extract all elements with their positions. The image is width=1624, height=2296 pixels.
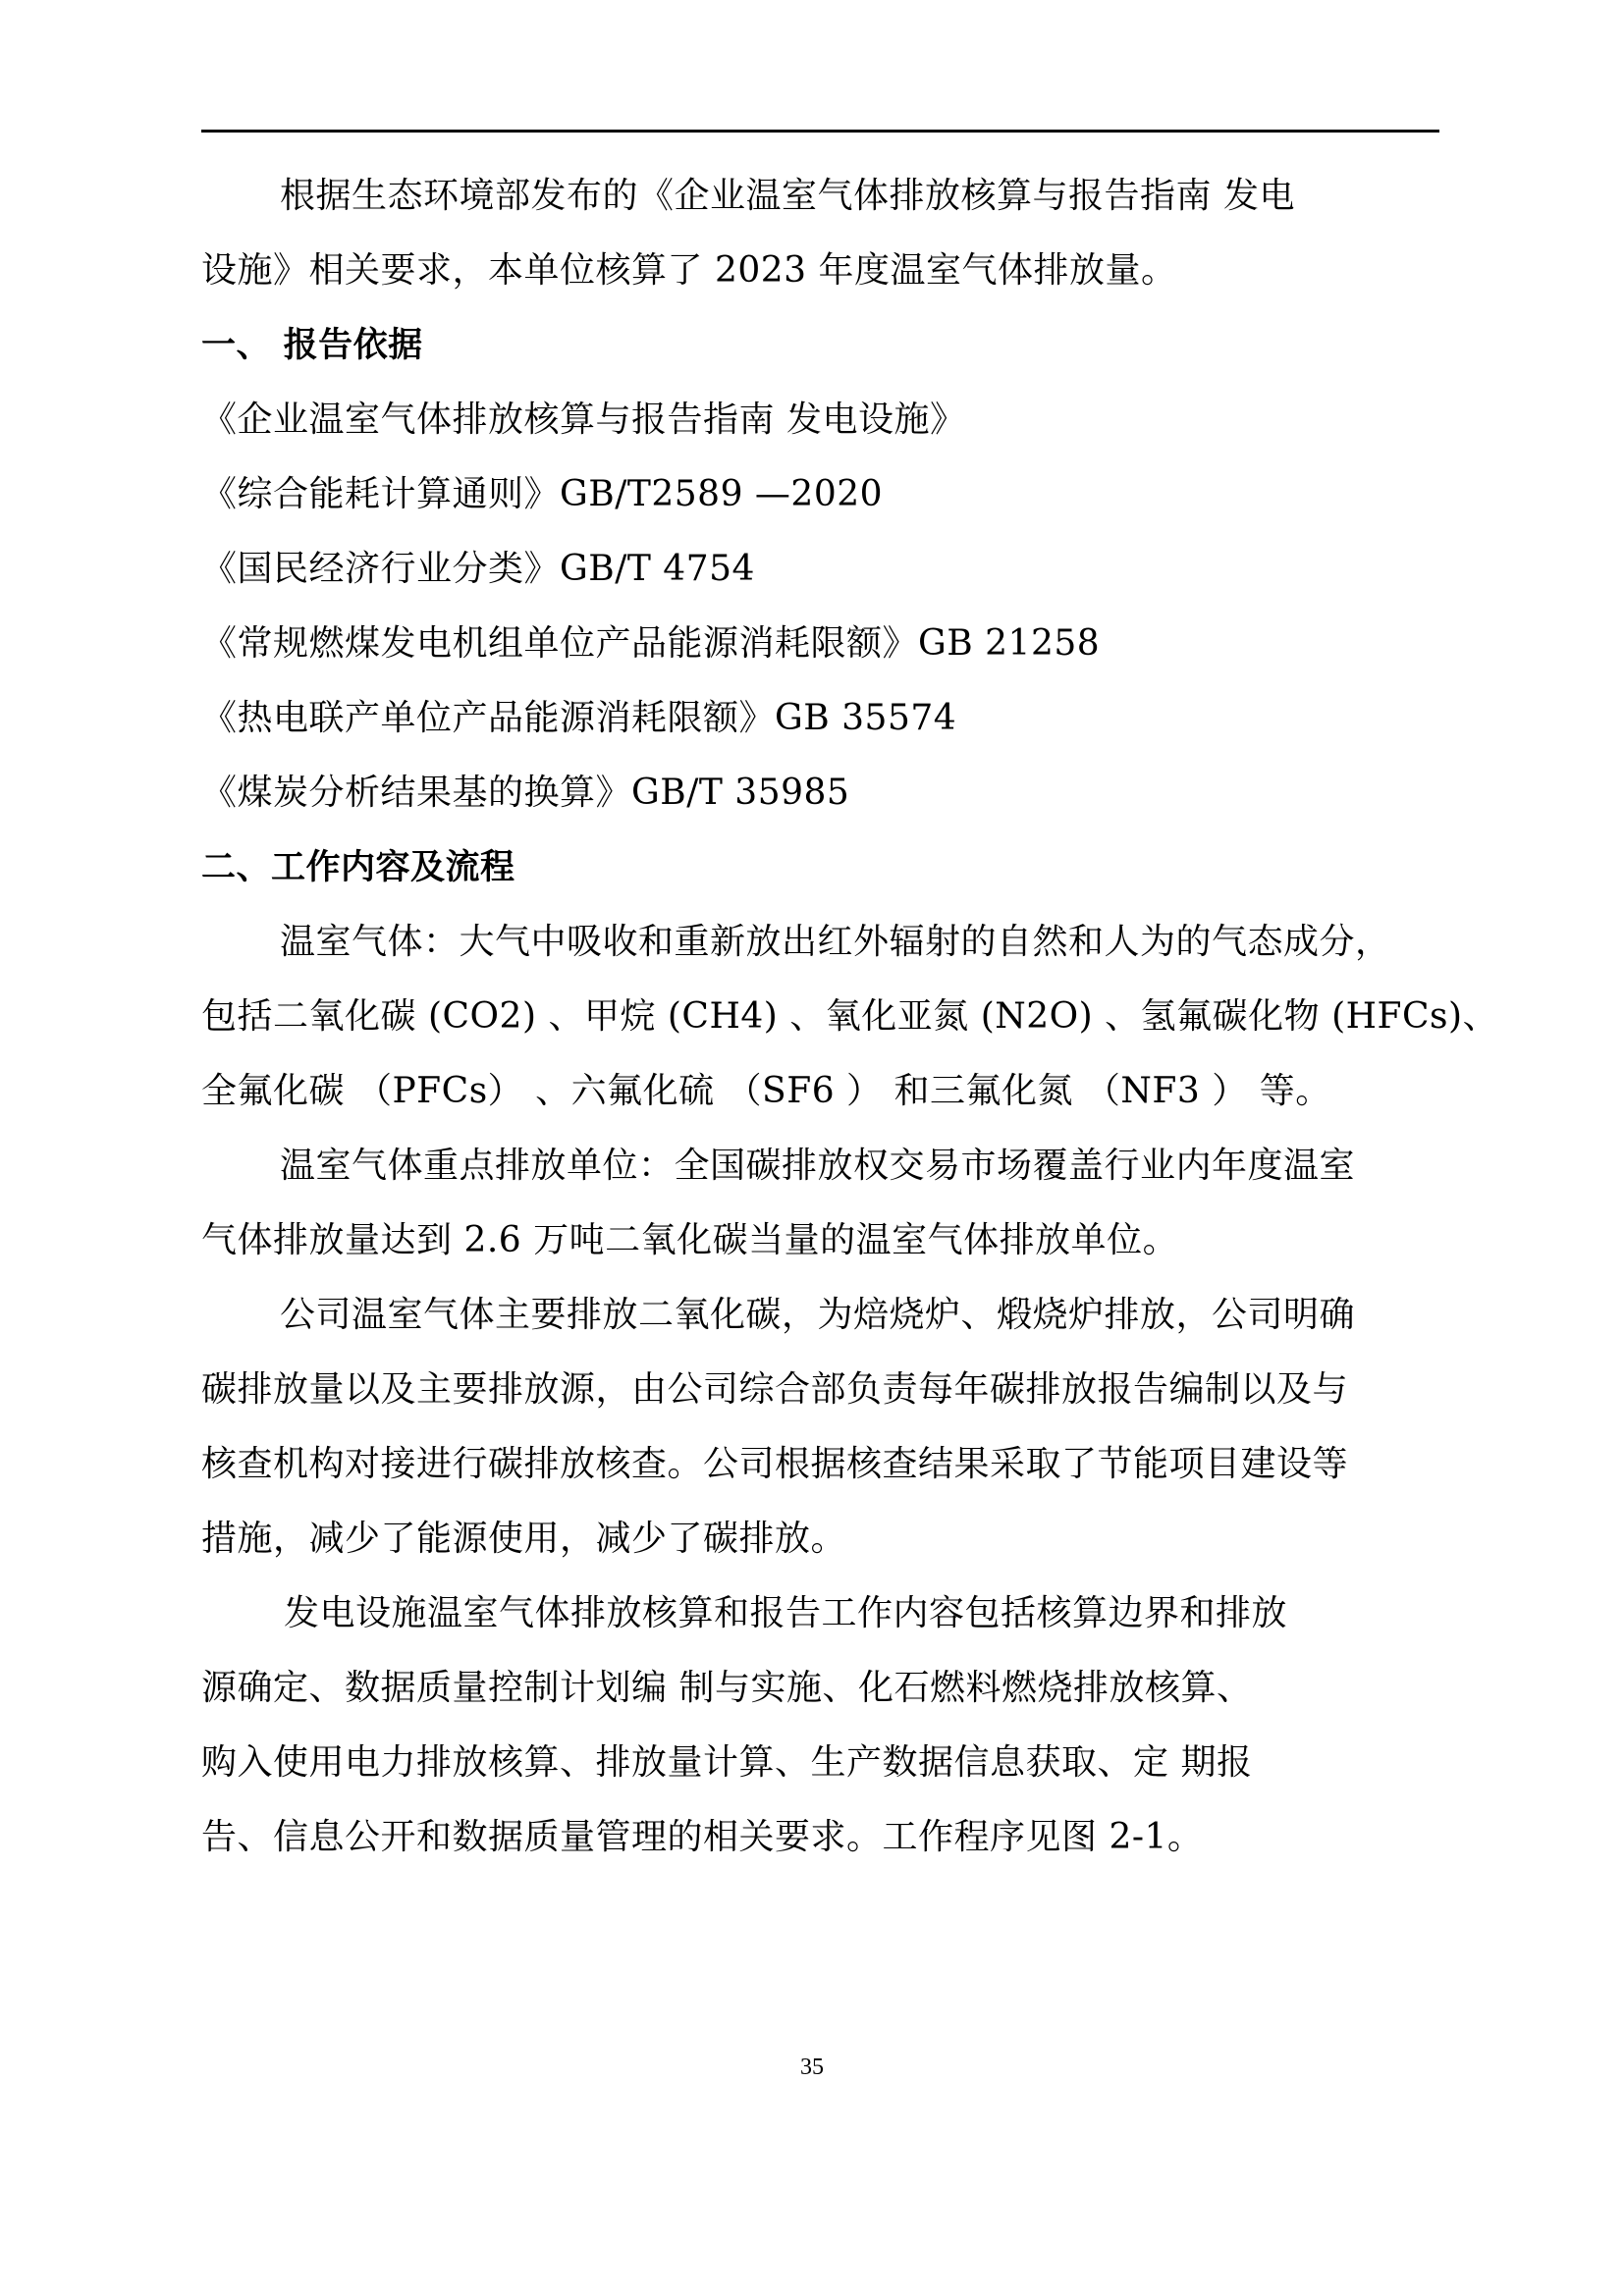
paragraph-line: 碳排放量以及主要排放源，由公司综合部负责每年碳排放报告编制以及与 xyxy=(201,1370,1348,1410)
paragraph-line: 核查机构对接进行碳排放核查。公司根据核查结果采取了节能项目建设等 xyxy=(201,1445,1348,1484)
reference-item: 《热电联产单位产品能源消耗限额》GB 35574 xyxy=(201,699,956,738)
paragraph-line: 温室气体：大气中吸收和重新放出红外辐射的自然和人为的气态成分， xyxy=(280,923,1391,962)
paragraph-line: 包括二氧化碳 (CO2) 、甲烷 (CH4) 、氧化亚氮 (N2O) 、氢氟碳化… xyxy=(201,997,1498,1037)
reference-item: 《国民经济行业分类》GB/T 4754 xyxy=(201,550,755,589)
paragraph-line: 公司温室气体主要排放二氧化碳，为焙烧炉、煅烧炉排放，公司明确 xyxy=(280,1296,1355,1335)
paragraph-line: 气体排放量达到 2.6 万吨二氧化碳当量的温室气体排放单位。 xyxy=(201,1221,1178,1260)
paragraph-line: 源确定、数据质量控制计划编 制与实施、化石燃料燃烧排放核算、 xyxy=(201,1669,1252,1708)
paragraph-line: 发电设施温室气体排放核算和报告工作内容包括核算边界和排放 xyxy=(284,1594,1287,1633)
paragraph-line: 告、信息公开和数据质量管理的相关要求。工作程序见图 2-1。 xyxy=(201,1818,1203,1857)
header-rule xyxy=(201,130,1439,133)
section-1-heading: 一、 报告依据 xyxy=(201,326,423,365)
section-2-heading: 二、工作内容及流程 xyxy=(201,848,515,887)
intro-line-1: 根据生态环境部发布的《企业温室气体排放核算与报告指南 发电 xyxy=(280,177,1295,216)
paragraph-line: 温室气体重点排放单位：全国碳排放权交易市场覆盖行业内年度温室 xyxy=(280,1147,1355,1186)
paragraph-line: 全氟化碳 （PFCs） 、六氟化硫 （SF6 ） 和三氟化氮 （NF3 ） 等。 xyxy=(201,1072,1331,1111)
intro-line-2: 设施》相关要求，本单位核算了 2023 年度温室气体排放量。 xyxy=(201,251,1177,291)
paragraph-line: 购入使用电力排放核算、排放量计算、生产数据信息获取、定 期报 xyxy=(201,1743,1252,1783)
reference-item: 《企业温室气体排放核算与报告指南 发电设施》 xyxy=(201,400,965,440)
page-number: 35 xyxy=(0,2055,1624,2081)
reference-item: 《常规燃煤发电机组单位产品能源消耗限额》GB 21258 xyxy=(201,624,1100,664)
paragraph-line: 措施，减少了能源使用，减少了碳排放。 xyxy=(201,1520,846,1559)
reference-item: 《煤炭分析结果基的换算》GB/T 35985 xyxy=(201,774,849,813)
reference-item: 《综合能耗计算通则》GB/T2589 —2020 xyxy=(201,475,883,514)
